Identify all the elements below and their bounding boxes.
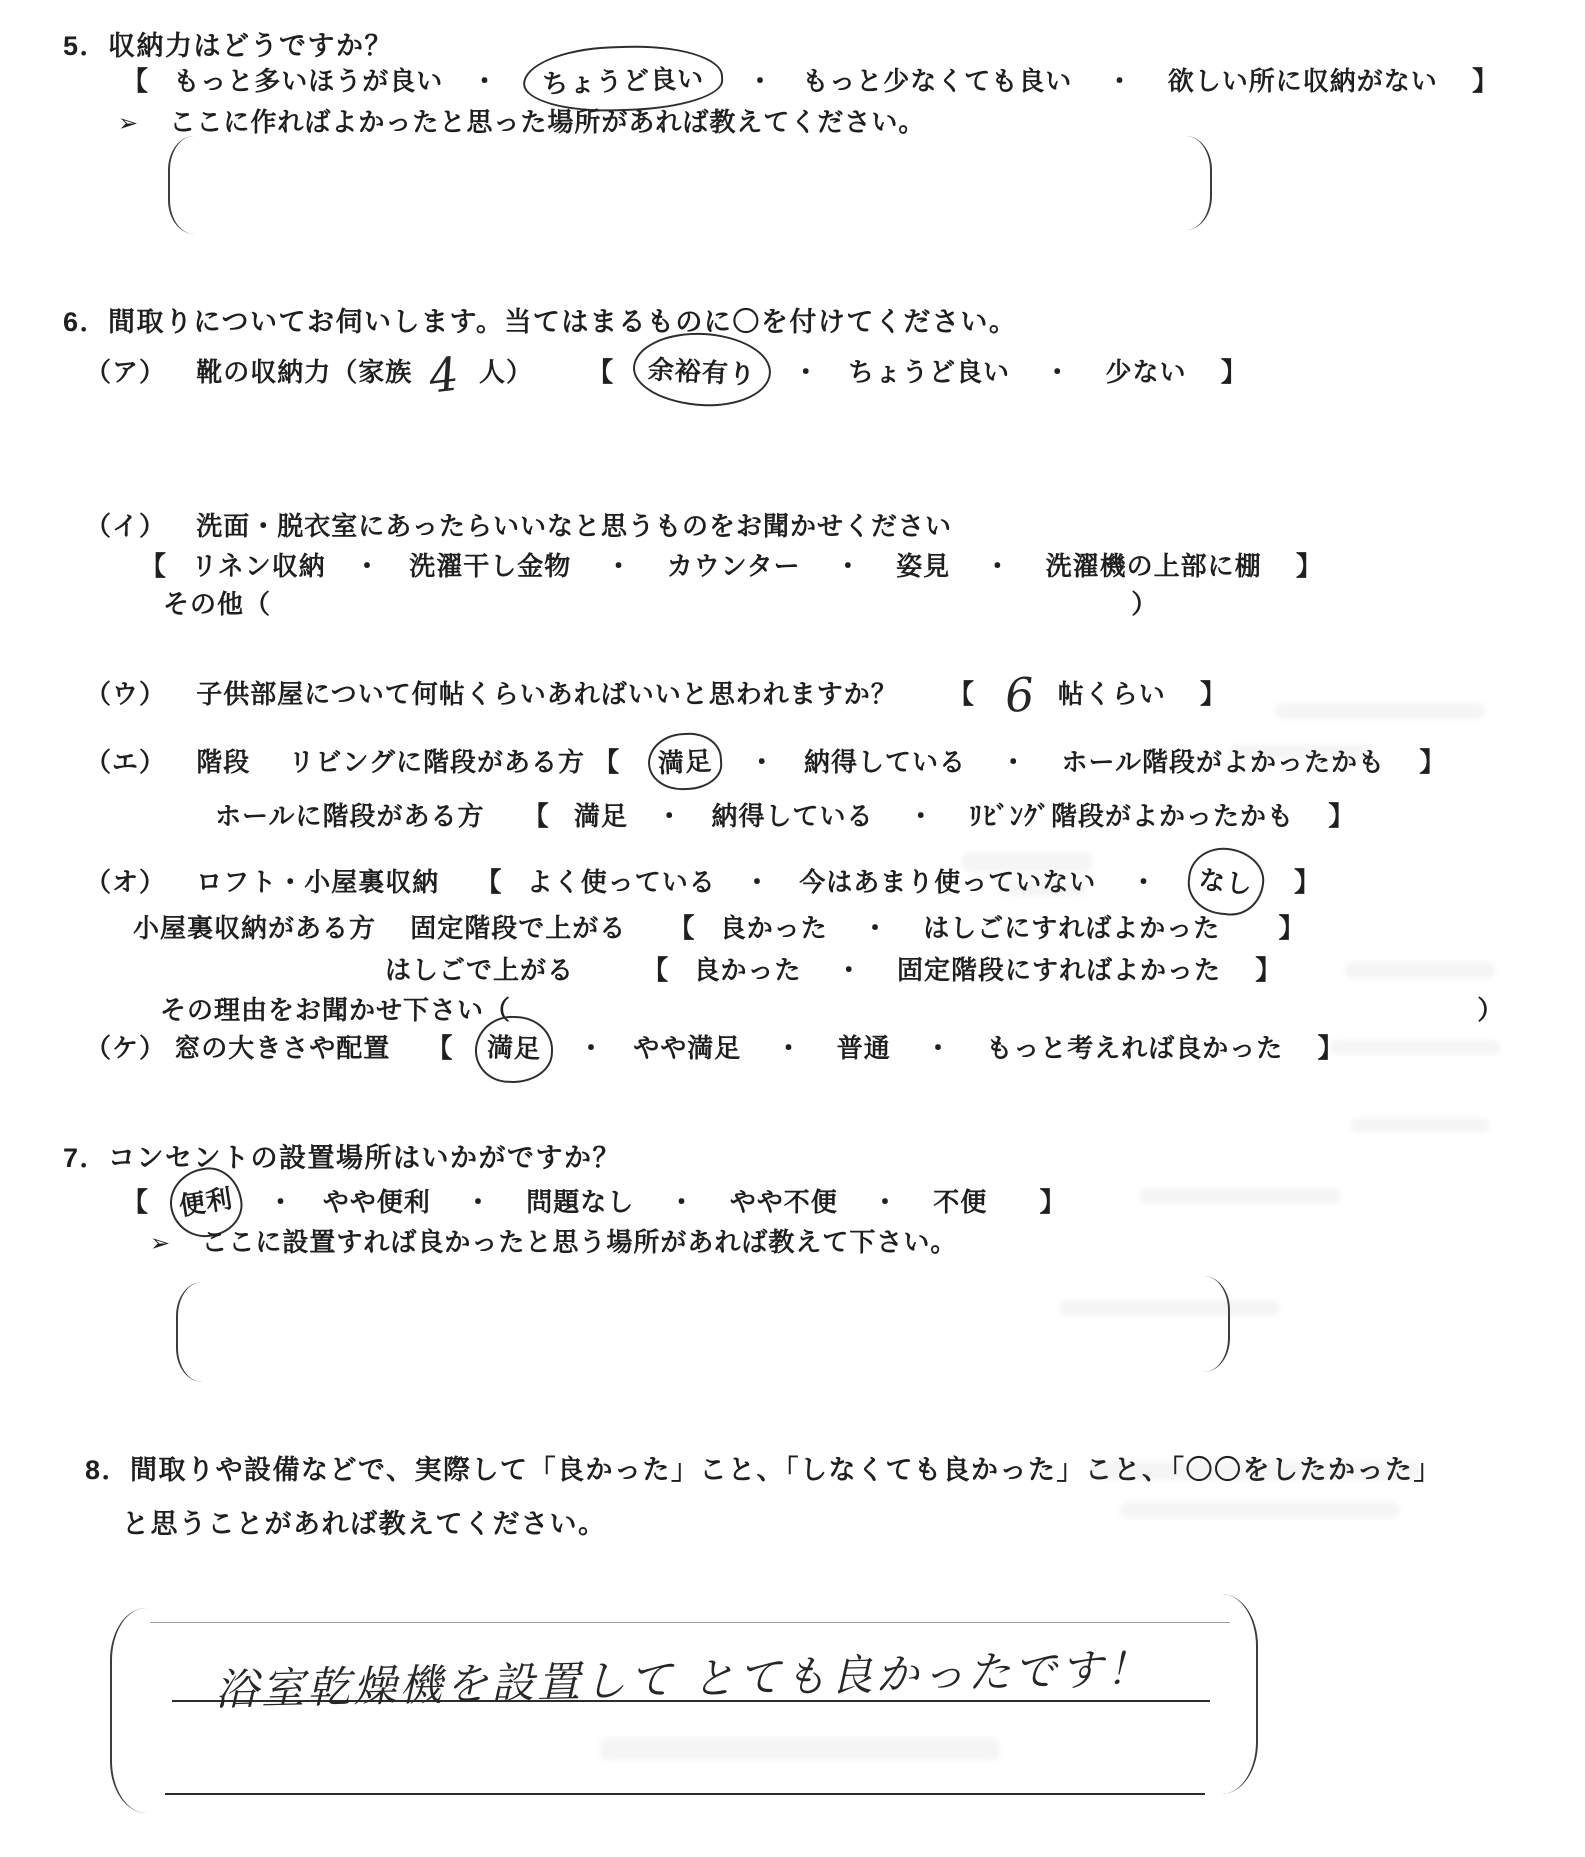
handwritten-room-size: 6 bbox=[1003, 667, 1037, 723]
separator-dot: ・ bbox=[744, 862, 771, 899]
item-e-row2-option-3: ﾘﾋﾞﾝｸﾞ階段がよかったかも bbox=[969, 801, 1294, 831]
item-i-option-5: 洗濯機の上部に棚 bbox=[1046, 551, 1262, 581]
q8-answer-paren-left bbox=[110, 1608, 148, 1813]
separator-dot: ・ bbox=[836, 950, 863, 987]
q7-options-row: 【 便利 ・ やや便利 ・ 問題なし ・ やや不便 ・ 不便 】 bbox=[122, 1182, 1067, 1219]
bracket-open: 【 bbox=[122, 61, 149, 98]
item-o-option-3: なし bbox=[1197, 864, 1254, 899]
bracket-close: 】 bbox=[1221, 352, 1248, 389]
separator-dot: ・ bbox=[925, 1028, 952, 1065]
q7-option-3: 問題なし bbox=[526, 1187, 634, 1217]
item-o-sub1-option-1: 良かった bbox=[720, 913, 828, 943]
item-o-reason-label: その理由をお聞かせ下さい（ bbox=[160, 995, 511, 1025]
item-o-option-1: よく使っている bbox=[527, 867, 716, 897]
item-o-topic: ロフト・小屋裏収納 bbox=[196, 867, 439, 897]
q6-item-u-row: （ウ） 子供部屋について何帖くらいあればいいと思われますか？ 【 6 帖くらい … bbox=[85, 660, 1227, 714]
scan-bleed-artifact bbox=[1090, 1462, 1420, 1480]
item-i-option-3: カウンター bbox=[667, 551, 801, 581]
scan-bleed-artifact bbox=[962, 852, 1092, 872]
arrow-bullet-icon: ➢ bbox=[150, 1229, 171, 1258]
item-e-row2-option-1: 満足 bbox=[574, 801, 628, 831]
q8-title-line2: と思うことがあれば教えてください。 bbox=[122, 1502, 607, 1541]
item-i-label: （イ） bbox=[85, 506, 166, 543]
item-a-option-3: 少ない bbox=[1106, 357, 1187, 387]
q6-item-i-options-row: 【 リネン収納 ・ 洗濯干し金物 ・ カウンター ・ 姿見 ・ 洗濯機の上部に棚… bbox=[140, 546, 1323, 583]
item-i-other-label: その他（ bbox=[163, 589, 271, 619]
item-ke-option-4: もっと考えれば良かった bbox=[986, 1033, 1283, 1063]
q7-option-1: 便利 bbox=[177, 1183, 235, 1221]
scan-bleed-artifact bbox=[1002, 882, 1086, 896]
item-e-row1-label: リビングに階段がある方 bbox=[289, 747, 585, 777]
item-e-label: （エ） bbox=[85, 742, 166, 779]
separator-dot: ・ bbox=[354, 546, 381, 583]
separator-dot: ・ bbox=[862, 908, 889, 945]
q5-answer-paren-right bbox=[1184, 136, 1212, 230]
q7-prompt-row: ➢ ここに設置すれば良かったと思う場所があれば教えて下さい。 bbox=[150, 1222, 957, 1259]
item-o-sub2-option-1: 良かった bbox=[694, 955, 802, 985]
separator-dot: ・ bbox=[984, 546, 1011, 583]
scan-bleed-artifact bbox=[1120, 1502, 1400, 1518]
q6-title: 6．間取りについてお伺いします。当てはまるものに〇を付けてください。 bbox=[63, 300, 1017, 339]
q6-item-ke-row: （ケ） 窓の大きさや配置 【 満足 ・ やや満足 ・ 普通 ・ もっと考えれば良… bbox=[85, 1028, 1345, 1065]
bracket-open: 【 bbox=[427, 1028, 454, 1065]
item-ke-option-2: やや満足 bbox=[633, 1033, 741, 1063]
separator-dot: ・ bbox=[1107, 61, 1134, 98]
q7-prompt: ここに設置すれば良かったと思う場所があれば教えて下さい。 bbox=[201, 1227, 957, 1257]
q5-option-4: 欲しい所に収納がない bbox=[1168, 66, 1438, 96]
arrow-bullet-icon: ➢ bbox=[118, 109, 139, 138]
separator-dot: ・ bbox=[578, 1028, 605, 1065]
q7-answer-paren-right bbox=[1202, 1276, 1230, 1372]
item-e-topic: 階段 bbox=[196, 747, 250, 777]
item-ke-selection-circle: 満足 bbox=[474, 1015, 554, 1085]
separator-dot: ・ bbox=[472, 61, 499, 98]
separator-dot: ・ bbox=[1000, 742, 1027, 779]
q7-title: 7．コンセントの設置場所はいかがですか？ bbox=[63, 1136, 621, 1175]
q5-options-row: 【 もっと多いほうが良い ・ ちょうど良い ・ もっと少なくても良い ・ 欲しい… bbox=[122, 60, 1499, 98]
separator-dot: ・ bbox=[872, 1182, 899, 1219]
bracket-open: 【 bbox=[642, 950, 669, 987]
item-a-option-2: ちょうど良い bbox=[848, 357, 1010, 387]
separator-dot: ・ bbox=[1044, 352, 1071, 389]
item-o-sub2-option-2: 固定階段にすればよかった bbox=[897, 955, 1221, 985]
item-i-question: 洗面・脱衣室にあったらいいなと思うものをお聞かせください bbox=[196, 511, 952, 541]
item-e-row1-option-1: 満足 bbox=[658, 746, 714, 779]
bracket-close: 】 bbox=[1294, 862, 1321, 899]
q6-item-o-row2: 小屋裏収納がある方 固定階段で上がる 【 良かった ・ はしごにすればよかった … bbox=[133, 908, 1306, 945]
separator-dot: ・ bbox=[776, 1028, 803, 1065]
q7-option-5: 不便 bbox=[933, 1187, 987, 1217]
separator-dot: ・ bbox=[908, 796, 935, 833]
item-e-row2-label: ホールに階段がある方 bbox=[215, 801, 484, 831]
separator-dot: ・ bbox=[268, 1182, 295, 1219]
item-u-unit: 帖くらい bbox=[1058, 679, 1166, 709]
q8-ruled-line-bottom bbox=[165, 1793, 1205, 1795]
q6-item-i-question-row: （イ） 洗面・脱衣室にあったらいいなと思うものをお聞かせください bbox=[85, 506, 952, 543]
bracket-open: 【 bbox=[587, 352, 614, 389]
separator-dot: ・ bbox=[747, 61, 774, 98]
q5-answer-paren-left bbox=[168, 136, 196, 234]
scanned-survey-page: 5．収納力はどうですか？ 【 もっと多いほうが良い ・ ちょうど良い ・ もっと… bbox=[0, 0, 1585, 1857]
q6-item-a-row: （ア） 靴の収納力（家族 4 人） 【 余裕有り ・ ちょうど良い ・ 少ない … bbox=[85, 338, 1248, 392]
q5-option-3: もっと少なくても良い bbox=[802, 66, 1072, 96]
q5-option-2: ちょうど良い bbox=[541, 63, 704, 99]
q8-ruled-line-top bbox=[150, 1622, 1230, 1623]
bracket-open: 【 bbox=[948, 674, 975, 711]
q7-option-4: やや不便 bbox=[730, 1187, 838, 1217]
q6-item-o-row3: はしごで上がる 【 良かった ・ 固定階段にすればよかった 】 bbox=[385, 950, 1282, 987]
bracket-open: 【 bbox=[593, 742, 620, 779]
separator-dot: ・ bbox=[605, 546, 632, 583]
item-a-option-1: 余裕有り bbox=[647, 354, 756, 390]
item-ke-topic: 窓の大きさや配置 bbox=[174, 1033, 390, 1063]
bracket-close: 】 bbox=[1040, 1182, 1067, 1219]
item-o-sub1-option-2: はしごにすればよかった bbox=[923, 913, 1220, 943]
q7-answer-paren-left bbox=[176, 1282, 204, 1382]
bracket-close: 】 bbox=[1328, 796, 1355, 833]
item-e-row1-option-2: 納得している bbox=[804, 747, 966, 777]
item-o-reason-close-paren: ） bbox=[1477, 995, 1504, 1025]
item-i-option-4: 姿見 bbox=[896, 551, 950, 581]
item-i-option-2: 洗濯干し金物 bbox=[409, 551, 571, 581]
bracket-close: 】 bbox=[1200, 674, 1227, 711]
item-o-sub2-label: はしごで上がる bbox=[385, 955, 574, 985]
scan-bleed-artifact bbox=[600, 1738, 1000, 1760]
item-ke-option-1: 満足 bbox=[486, 1032, 541, 1064]
item-e-selection-circle: 満足 bbox=[647, 731, 724, 792]
item-u-label: （ウ） bbox=[85, 674, 166, 711]
q5-title: 5．収納力はどうですか？ bbox=[63, 24, 393, 63]
bracket-open: 【 bbox=[122, 1182, 149, 1219]
q7-option-2: やや便利 bbox=[323, 1187, 431, 1217]
item-u-question: 子供部屋について何帖くらいあればいいと思われますか？ bbox=[196, 679, 897, 709]
q6-item-o-row1: （オ） ロフト・小屋裏収納 【 よく使っている ・ 今はあまり使っていない ・ … bbox=[85, 862, 1321, 899]
scan-bleed-artifact bbox=[1345, 962, 1495, 978]
scan-bleed-artifact bbox=[1350, 1118, 1490, 1132]
bracket-close: 】 bbox=[1255, 950, 1282, 987]
separator-dot: ・ bbox=[749, 742, 776, 779]
bracket-close: 】 bbox=[1419, 742, 1446, 779]
item-e-row2-option-2: 納得している bbox=[711, 801, 873, 831]
q5-prompt-row: ➢ ここに作ればよかったと思った場所があれば教えてください。 bbox=[118, 102, 925, 139]
separator-dot: ・ bbox=[465, 1182, 492, 1219]
item-ke-option-3: 普通 bbox=[837, 1033, 891, 1063]
q6-item-e-row2: ホールに階段がある方 【 満足 ・ 納得している ・ ﾘﾋﾞﾝｸﾞ階段がよかった… bbox=[215, 796, 1355, 833]
q6-item-o-reason-row: その理由をお聞かせ下さい（ ） bbox=[160, 990, 1504, 1027]
separator-dot: ・ bbox=[835, 546, 862, 583]
item-ke-label: （ケ） bbox=[85, 1033, 166, 1063]
q5-prompt: ここに作ればよかったと思った場所があれば教えてください。 bbox=[169, 107, 925, 137]
separator-dot: ・ bbox=[793, 352, 820, 389]
q8-answer-paren-right bbox=[1220, 1594, 1258, 1794]
item-o-label: （オ） bbox=[85, 862, 166, 899]
item-i-other-close-paren: ） bbox=[1131, 589, 1158, 619]
bracket-close: 】 bbox=[1296, 546, 1323, 583]
item-a-selection-circle: 余裕有り bbox=[631, 329, 773, 409]
item-o-sub1-label: 固定階段で上がる bbox=[410, 913, 626, 943]
scan-bleed-artifact bbox=[1275, 703, 1485, 719]
bracket-close: 】 bbox=[1472, 61, 1499, 98]
bracket-open: 【 bbox=[476, 862, 503, 899]
item-a-question-post: 人） bbox=[479, 357, 533, 387]
item-a-question-pre: 靴の収納力（家族 bbox=[196, 357, 412, 387]
handwritten-family-count: 4 bbox=[425, 346, 462, 403]
separator-dot: ・ bbox=[656, 796, 683, 833]
bracket-open: 【 bbox=[669, 908, 696, 945]
item-a-label: （ア） bbox=[85, 352, 166, 389]
scan-bleed-artifact bbox=[1330, 1040, 1500, 1054]
q8-handwritten-answer: 浴室乾燥機を設置して とても良かったです！ bbox=[214, 1635, 1152, 1717]
separator-dot: ・ bbox=[669, 1182, 696, 1219]
bracket-open: 【 bbox=[523, 796, 550, 833]
scan-bleed-artifact bbox=[1060, 1300, 1280, 1316]
q6-item-i-other-row: その他（ ） bbox=[163, 584, 1158, 621]
item-i-option-1: リネン収納 bbox=[191, 551, 325, 581]
bracket-open: 【 bbox=[140, 546, 167, 583]
scan-bleed-artifact bbox=[1140, 1188, 1340, 1204]
item-o-sub-intro: 小屋裏収納がある方 bbox=[133, 913, 376, 943]
bracket-close: 】 bbox=[1279, 908, 1306, 945]
separator-dot: ・ bbox=[1131, 862, 1158, 899]
q5-option-1: もっと多いほうが良い bbox=[173, 66, 443, 96]
scan-bleed-artifact bbox=[1230, 745, 1370, 759]
